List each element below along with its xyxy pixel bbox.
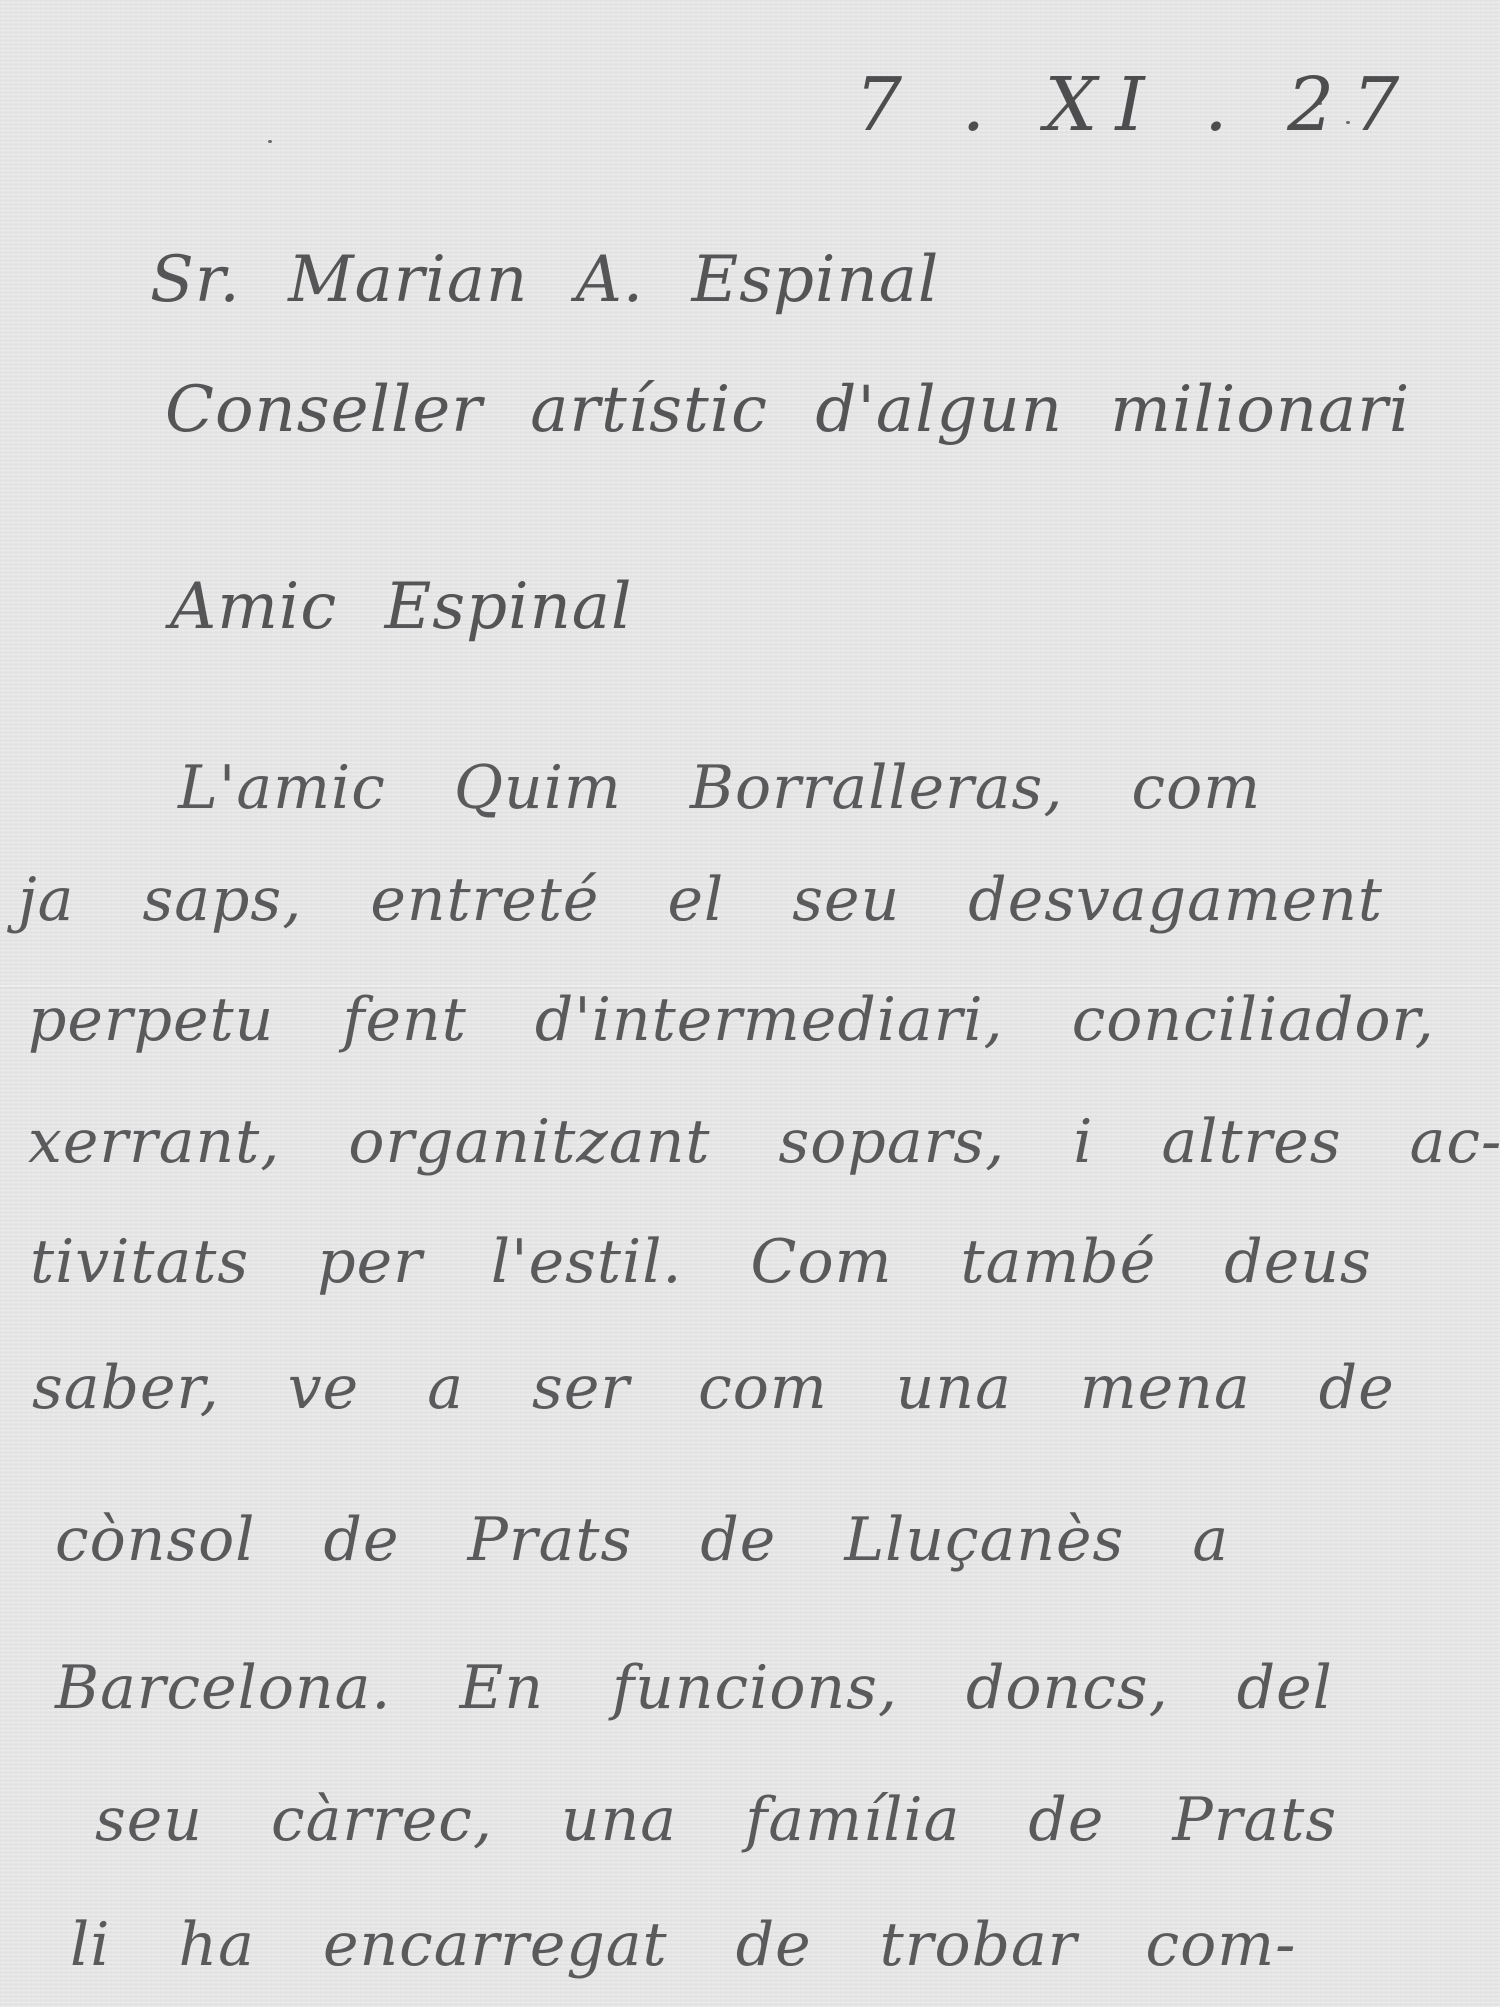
- body-line: L'amic Quim Borralleras, com: [178, 758, 1261, 818]
- letter-page: 7 . XI . 27 Sr. Marian A. Espinal Consel…: [0, 0, 1500, 2007]
- body-line: seu càrrec, una família de Prats: [95, 1790, 1337, 1850]
- body-line: tivitats per l'estil. Com també deus: [30, 1232, 1372, 1292]
- paper-speck: [268, 140, 272, 143]
- body-line: perpetu fent d'intermediari, conciliador…: [28, 990, 1435, 1050]
- recipient-name: Sr. Marian A. Espinal: [150, 248, 939, 312]
- body-line: cònsol de Prats de Lluçanès a: [55, 1510, 1229, 1570]
- body-line: xerrant, organitzant sopars, i altres ac…: [28, 1112, 1500, 1172]
- body-line: saber, ve a ser com una mena de: [32, 1358, 1395, 1418]
- recipient-title: Conseller artístic d'algun milionari: [165, 378, 1410, 442]
- body-line: Barcelona. En funcions, doncs, del: [55, 1658, 1333, 1718]
- body-line: li ha encarregat de trobar com-: [70, 1915, 1296, 1975]
- letter-date: 7 . XI . 27: [855, 68, 1417, 142]
- body-line: ja saps, entreté el seu desvagament: [18, 870, 1383, 930]
- salutation: Amic Espinal: [170, 575, 632, 639]
